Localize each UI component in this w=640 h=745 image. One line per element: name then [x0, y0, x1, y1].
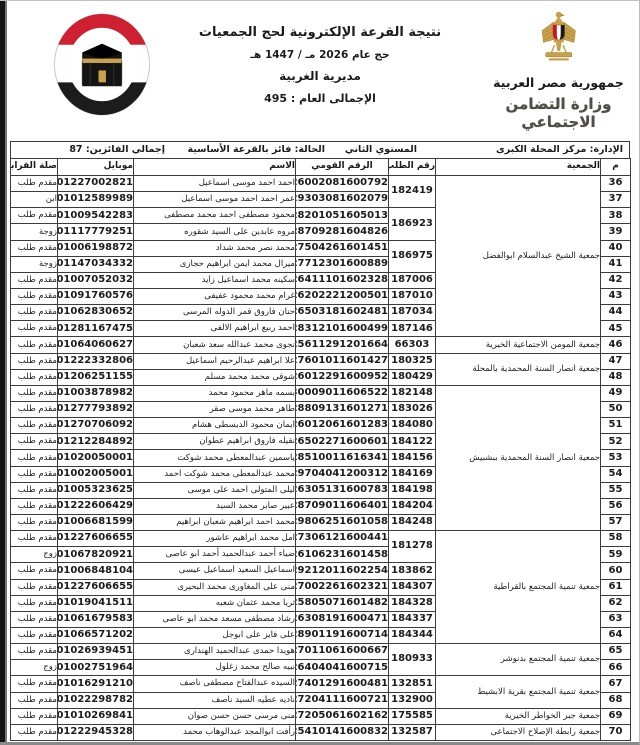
kaaba-logo-icon [52, 13, 152, 117]
relation-cell: مقدم طلب [11, 353, 58, 369]
mobile-cell: 01067820921 [58, 547, 134, 563]
national-id-cell: 25805071601482 [296, 595, 389, 611]
egypt-eagle-icon [537, 9, 581, 67]
mobile-cell: 01010269841 [58, 708, 134, 724]
table-meta-strip: الإدارة: مركز المحلة الكبرى المستوي الثا… [10, 141, 630, 159]
relation-cell: مقدم طلب [11, 676, 58, 692]
mobile-cell: 01005323625 [58, 482, 134, 498]
relation-cell: مقدم طلب [11, 434, 58, 450]
table-row: 49جمعية انصار السنة المحمدية ببشبيش18214… [11, 385, 631, 401]
national-id-cell: 28709011606401 [296, 498, 389, 514]
row-number-cell: 56 [601, 498, 631, 514]
row-number-cell: 63 [601, 611, 631, 627]
name-cell: محمود مصطفى احمد محمد مصطفى [134, 208, 296, 224]
relation-cell: مقدم طلب [11, 272, 58, 288]
national-id-cell: 27504261601451 [296, 240, 389, 256]
mobile-cell: 01147034332 [58, 256, 134, 272]
association-cell: جمعية الشيخ عبدالسلام ابوالفضل [436, 176, 601, 337]
request-no-cell: 132587 [389, 724, 436, 740]
request-no-cell: 183026 [389, 401, 436, 417]
relation-cell: زوج [11, 660, 58, 676]
mobile-cell: 01222606429 [58, 498, 134, 514]
document-header: نتيجة القرعة الإلكترونية لحج الجمعيات حج… [170, 25, 470, 105]
relation-cell: مقدم طلب [11, 337, 58, 353]
row-number-cell: 69 [601, 708, 631, 724]
national-id-cell: 29303081602079 [296, 192, 389, 208]
request-no-cell: 175585 [389, 708, 436, 724]
national-id-cell: 28312101600499 [296, 321, 389, 337]
association-cell: جمعية جبر الخواطر الخيرية [436, 708, 601, 724]
request-no-cell: 132851 [389, 676, 436, 692]
row-number-cell: 59 [601, 547, 631, 563]
mobile-cell: 01227606655 [58, 531, 134, 547]
name-cell: هويدا حمدى عبدالحميد الهندارى [134, 644, 296, 660]
name-cell: امل محمد ابراهيم عاشور [134, 531, 296, 547]
relation-cell: مقدم طلب [11, 176, 58, 192]
mobile-cell: 01006848104 [58, 563, 134, 579]
mobile-cell: 01007052032 [58, 272, 134, 288]
relation-cell: مقدم طلب [11, 450, 58, 466]
mobile-cell: 01009542283 [58, 208, 134, 224]
name-cell: ميرال محمد ايمن ابراهيم حجازى [134, 256, 296, 272]
table-row: 67جمعية تنمية المجتمع بقرية الابشيط13285… [11, 676, 631, 692]
request-no-cell: 132900 [389, 692, 436, 708]
mobile-cell: 01270706092 [58, 418, 134, 434]
request-no-cell: 184156 [389, 450, 436, 466]
request-no-cell: 184344 [389, 627, 436, 643]
row-number-cell: 50 [601, 401, 631, 417]
mobile-cell: 01222332806 [58, 353, 134, 369]
national-id-cell: 27601011601427 [296, 353, 389, 369]
mobile-cell: 01003878982 [58, 385, 134, 401]
mobile-cell: 01117779251 [58, 224, 134, 240]
request-no-cell: 184204 [389, 498, 436, 514]
national-id-cell: 29704041200312 [296, 466, 389, 482]
table-row: 47جمعية انصار السنة المحمدية بالمحلة1803… [11, 353, 631, 369]
ministry-title: وزارة التضامن الاجتماعي [486, 95, 631, 131]
name-cell: سكينه محمد اسماعيل زايد [134, 272, 296, 288]
request-no-cell: 184122 [389, 434, 436, 450]
mobile-cell: 01206251155 [58, 369, 134, 385]
national-id-cell: 26106231601458 [296, 547, 389, 563]
table-body: 36جمعية الشيخ عبدالسلام ابوالفضل18241926… [11, 176, 631, 741]
national-id-cell: 27205061602162 [296, 708, 389, 724]
row-number-cell: 48 [601, 369, 631, 385]
name-cell: ايمان محمود الديسطى هشام [134, 418, 296, 434]
request-no-cell: 184248 [389, 514, 436, 530]
relation-cell: مقدم طلب [11, 627, 58, 643]
relation-cell: مقدم طلب [11, 579, 58, 595]
name-cell: ضياء أحمد عبدالحميد أحمد ابو عاصى [134, 547, 296, 563]
national-id-cell: 27011061600667 [296, 644, 389, 660]
mobile-cell: 01064060627 [58, 337, 134, 353]
request-no-cell: 184080 [389, 418, 436, 434]
association-cell: جمعية رابطة الإصلاح الاجتماعى [436, 724, 601, 740]
name-cell: محمد احمد ابراهيم شعبان ابراهيم [134, 514, 296, 530]
association-cell: جمعية تنمية المجتمع بالقراطية [436, 531, 601, 644]
row-number-cell: 42 [601, 272, 631, 288]
relation-cell: زوجة [11, 256, 58, 272]
request-no-cell: 186975 [389, 240, 436, 272]
association-cell: جمعية انصار السنة المحمدية بالمحلة [436, 353, 601, 385]
status-label: الحالة: فائز بالقرعة الأساسية [188, 144, 325, 155]
relation-cell: مقدم طلب [11, 321, 58, 337]
request-no-cell: 181278 [389, 531, 436, 563]
republic-title: جمهورية مصر العربية [486, 75, 631, 90]
mobile-cell: 01020050001 [58, 450, 134, 466]
relation-cell: مقدم طلب [11, 531, 58, 547]
table-row: 69جمعية جبر الخواطر الخيرية1755852720506… [11, 708, 631, 724]
mobile-cell: 01022298782 [58, 692, 134, 708]
row-number-cell: 68 [601, 692, 631, 708]
name-cell: نبيه صالح محمد زغلول [134, 660, 296, 676]
mobile-cell: 01091760576 [58, 288, 134, 304]
name-cell: منى مرسى حسن حسن صوان [134, 708, 296, 724]
mobile-cell: 01212284892 [58, 434, 134, 450]
mobile-cell: 01066571202 [58, 627, 134, 643]
row-number-cell: 64 [601, 627, 631, 643]
national-id-cell: 26404041600715 [296, 660, 389, 676]
national-id-cell: 25410141600832 [296, 724, 389, 740]
relation-cell: زوجة [11, 224, 58, 240]
national-id-cell: 27306121600441 [296, 531, 389, 547]
mobile-cell: 01002005001 [58, 466, 134, 482]
relation-cell: مقدم طلب [11, 240, 58, 256]
request-no-cell: 186923 [389, 208, 436, 240]
national-id-cell: 28201051605013 [296, 208, 389, 224]
national-id-cell: 30009011606522 [296, 385, 389, 401]
administration-label: الإدارة: مركز المحلة الكبرى [496, 144, 623, 155]
request-no-cell: 183862 [389, 563, 436, 579]
relation-cell: مقدم طلب [11, 418, 58, 434]
name-cell: احمد ربيع ابراهيم الالفى [134, 321, 296, 337]
name-cell: ياسمين عبدالمعطى محمد شوكت [134, 450, 296, 466]
request-no-cell: 184337 [389, 611, 436, 627]
association-cell: جمعية المومن الاجتماعية الخيرية [436, 337, 601, 353]
mobile-cell: 01006198872 [58, 240, 134, 256]
grand-total-line: الإجمالى العام : 495 [170, 92, 470, 105]
name-cell: غرام محمد محمود عفيفى [134, 288, 296, 304]
name-cell: علا ابراهيم عبدالرحيم اسماعيل [134, 353, 296, 369]
row-number-cell: 58 [601, 531, 631, 547]
row-number-cell: 51 [601, 418, 631, 434]
row-number-cell: 65 [601, 644, 631, 660]
national-id-cell: 26202221200501 [296, 288, 389, 304]
mobile-cell: 01016291210 [58, 676, 134, 692]
request-no-cell: 184307 [389, 579, 436, 595]
table-row: 65جمعية تنمية المجتمع بدنوشر180933270110… [11, 644, 631, 660]
row-number-cell: 45 [601, 321, 631, 337]
name-cell: اسماعيل السعيد اسماعيل عيسى [134, 563, 296, 579]
table-row: 36جمعية الشيخ عبدالسلام ابوالفضل18241926… [11, 176, 631, 192]
relation-cell: مقدم طلب [11, 611, 58, 627]
name-cell: محمد نصر محمد شداد [134, 240, 296, 256]
col-header-national-id: الرقم القومي [296, 159, 389, 176]
row-number-cell: 52 [601, 434, 631, 450]
request-no-cell: 184169 [389, 466, 436, 482]
name-cell: بسمه ماهر محمود محمد [134, 385, 296, 401]
row-number-cell: 47 [601, 353, 631, 369]
hajj-year-line: حج عام 2026 مـ / 1447 هـ [170, 49, 470, 61]
col-header-request-no: رقم الطلب [389, 159, 436, 176]
relation-cell: زوج [11, 547, 58, 563]
name-cell: نجوى محمد عبدالله سعد شعبان [134, 337, 296, 353]
row-number-cell: 62 [601, 595, 631, 611]
mobile-cell: 01277793892 [58, 401, 134, 417]
table-row: 58جمعية تنمية المجتمع بالقراطية181278273… [11, 531, 631, 547]
col-header-serial: م [601, 159, 631, 176]
relation-cell: مقدم طلب [11, 644, 58, 660]
row-number-cell: 55 [601, 482, 631, 498]
row-number-cell: 36 [601, 176, 631, 192]
mobile-cell: 01002751964 [58, 660, 134, 676]
name-cell: عمر احمد احمد موسى اسماعيل [134, 192, 296, 208]
row-number-cell: 53 [601, 450, 631, 466]
national-id-cell: 27401291600481 [296, 676, 389, 692]
name-cell: على فايز على ابوجل [134, 627, 296, 643]
relation-cell: مقدم طلب [11, 288, 58, 304]
request-no-cell: 187146 [389, 321, 436, 337]
row-number-cell: 66 [601, 660, 631, 676]
relation-cell: مقدم طلب [11, 401, 58, 417]
row-number-cell: 41 [601, 256, 631, 272]
mobile-cell: 01026939451 [58, 644, 134, 660]
name-cell: رشاد مصطفى مسعد محمد ابو عاصى [134, 611, 296, 627]
relation-cell: مقدم طلب [11, 466, 58, 482]
association-cell: جمعية تنمية المجتمع بقرية الابشيط [436, 676, 601, 708]
request-no-cell: 187006 [389, 272, 436, 288]
row-number-cell: 38 [601, 208, 631, 224]
mobile-cell: 01006681599 [58, 514, 134, 530]
winners-table: م الجمعية رقم الطلب الرقم القومي الاسم م… [10, 158, 631, 741]
national-id-cell: 29806251601058 [296, 514, 389, 530]
name-cell: نقيله فاروق ابراهيم عطوان [134, 434, 296, 450]
request-no-cell: 187010 [389, 288, 436, 304]
table-row: 70جمعية رابطة الإصلاح الاجتماعى132587254… [11, 724, 631, 740]
request-no-cell: 184328 [389, 595, 436, 611]
relation-cell: مقدم طلب [11, 385, 58, 401]
national-id-cell: 29212011602254 [296, 563, 389, 579]
row-number-cell: 43 [601, 288, 631, 304]
name-cell: رأفت ابوالمجد عبدالوهاب محمد [134, 724, 296, 740]
relation-cell: مقدم طلب [11, 498, 58, 514]
table-header-row: م الجمعية رقم الطلب الرقم القومي الاسم م… [11, 159, 631, 176]
row-number-cell: 57 [601, 514, 631, 530]
name-cell: حنان فاروق قمر الدوله المرسى [134, 305, 296, 321]
name-cell: منى على المغاورى محمد البحيرى [134, 579, 296, 595]
national-id-cell: 27712301600889 [296, 256, 389, 272]
name-cell: ناديه عطيه السيد ناصف [134, 692, 296, 708]
col-header-relation: صلة القرابه [11, 159, 58, 176]
relation-cell: مقدم طلب [11, 563, 58, 579]
row-number-cell: 40 [601, 240, 631, 256]
relation-cell: مقدم طلب [11, 724, 58, 740]
mobile-cell: 01222945328 [58, 724, 134, 740]
national-id-cell: 26411101602328 [296, 272, 389, 288]
row-number-cell: 60 [601, 563, 631, 579]
relation-cell: مقدم طلب [11, 208, 58, 224]
name-cell: السيده عبدالفتاح مصطفى ناصف [134, 676, 296, 692]
row-number-cell: 44 [601, 305, 631, 321]
relation-cell: مقدم طلب [11, 305, 58, 321]
national-id-cell: 26308191600471 [296, 611, 389, 627]
name-cell: ليلى المتولى احمد على موسى [134, 482, 296, 498]
row-number-cell: 61 [601, 579, 631, 595]
relation-cell: مقدم طلب [11, 514, 58, 530]
request-no-cell: 180933 [389, 644, 436, 676]
national-id-cell: 26305131600783 [296, 482, 389, 498]
national-id-cell: 28709281604826 [296, 224, 389, 240]
request-no-cell: 182148 [389, 385, 436, 401]
relation-cell: مقدم طلب [11, 595, 58, 611]
row-number-cell: 67 [601, 676, 631, 692]
request-no-cell: 180325 [389, 353, 436, 369]
request-no-cell: 187034 [389, 305, 436, 321]
national-id-cell: 26012061601283 [296, 418, 389, 434]
row-number-cell: 54 [601, 466, 631, 482]
name-cell: مروه عابدين على السيد شقوره [134, 224, 296, 240]
row-number-cell: 49 [601, 385, 631, 401]
government-emblem-block: جمهورية مصر العربية وزارة التضامن الاجتم… [486, 9, 631, 131]
relation-cell: مقدم طلب [11, 482, 58, 498]
national-id-cell: 25611291201664 [296, 337, 389, 353]
national-id-cell: 28901191600714 [296, 627, 389, 643]
name-cell: شوقى محمد محمد مسلم [134, 369, 296, 385]
relation-cell: ابن [11, 192, 58, 208]
national-id-cell: 28510011616341 [296, 450, 389, 466]
name-cell: طاهر محمد موسى صقر [134, 401, 296, 417]
results-page: جمهورية مصر العربية وزارة التضامن الاجتم… [0, 0, 640, 745]
national-id-cell: 26012291600952 [296, 369, 389, 385]
name-cell: احمد احمد موسى اسماعيل [134, 176, 296, 192]
national-id-cell: 26502271600601 [296, 434, 389, 450]
page-title: نتيجة القرعة الإلكترونية لحج الجمعيات [170, 25, 470, 40]
request-no-cell: 180429 [389, 369, 436, 385]
row-number-cell: 46 [601, 337, 631, 353]
mobile-cell: 01227606655 [58, 579, 134, 595]
national-id-cell: 26002081600792 [296, 176, 389, 192]
national-id-cell: 27204111600721 [296, 692, 389, 708]
request-no-cell: 184198 [389, 482, 436, 498]
association-cell: جمعية انصار السنة المحمدية ببشبيش [436, 385, 601, 530]
mobile-cell: 01281167475 [58, 321, 134, 337]
winners-total-label: إجمالي الفائزين: 87 [69, 144, 165, 155]
relation-cell: مقدم طلب [11, 708, 58, 724]
mobile-cell: 01012589989 [58, 192, 134, 208]
col-header-association: الجمعية [436, 159, 601, 176]
row-number-cell: 39 [601, 224, 631, 240]
row-number-cell: 37 [601, 192, 631, 208]
table-row: 46جمعية المومن الاجتماعية الخيرية6630325… [11, 337, 631, 353]
request-no-cell: 66303 [389, 337, 436, 353]
mobile-cell: 01227002821 [58, 176, 134, 192]
row-number-cell: 70 [601, 724, 631, 740]
level-label: المستوي الثاني [345, 144, 417, 155]
national-id-cell: 26503181602481 [296, 305, 389, 321]
directorate-line: مديرية الغربية [170, 69, 470, 83]
col-header-name: الاسم [134, 159, 296, 176]
relation-cell: مقدم طلب [11, 369, 58, 385]
scan-edge-shadow [0, 1, 8, 742]
mobile-cell: 01019041511 [58, 595, 134, 611]
name-cell: ثريا محمد عثمان شعبه [134, 595, 296, 611]
name-cell: محمد عبدالمعطى محمد شوكت احمد [134, 466, 296, 482]
association-cell: جمعية تنمية المجتمع بدنوشر [436, 644, 601, 676]
mobile-cell: 01061679583 [58, 611, 134, 627]
col-header-mobile: موبايل [58, 159, 134, 176]
mobile-cell: 01062830652 [58, 305, 134, 321]
request-no-cell: 182419 [389, 176, 436, 208]
name-cell: عبير صابر محمد السيد [134, 498, 296, 514]
national-id-cell: 27002261602321 [296, 579, 389, 595]
relation-cell: مقدم طلب [11, 692, 58, 708]
national-id-cell: 28809131601271 [296, 401, 389, 417]
